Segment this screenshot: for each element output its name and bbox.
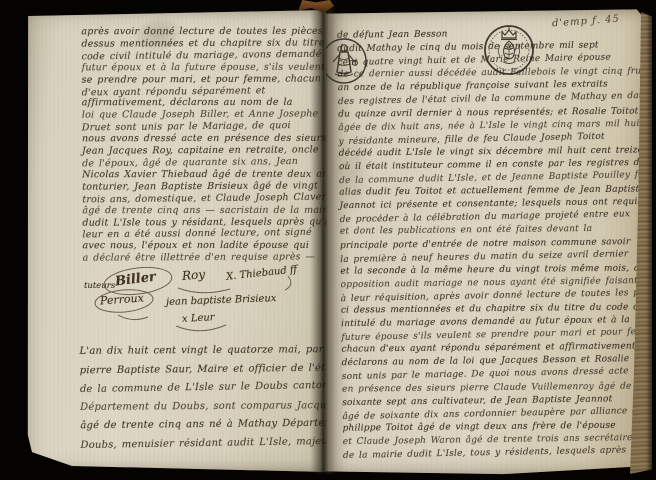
- manuscript-line: trois ans, domestique, et Claude Joseph …: [82, 191, 326, 206]
- signature-brisieux: jean baptiste Brisieux: [166, 293, 277, 308]
- manuscript-line: a déclaré être illettrée d'en requise ap…: [83, 252, 326, 265]
- signature-leur: x Leur: [182, 312, 215, 325]
- manuscript-line: âgé de trente cinq ans — sacristain de l…: [82, 204, 326, 216]
- signature-roy: Roy: [181, 267, 205, 283]
- manuscript-line: Nicolas Xavier Thiebaud âgé de trente de…: [82, 169, 326, 181]
- manuscript-line: L'an dix huit cent vingt le quatorze mai…: [79, 341, 326, 361]
- manuscript-line: nous avons dressé acte en présence des s…: [82, 133, 326, 145]
- left-page: après avoir donné lecture de toutes les …: [26, 10, 326, 472]
- archival-scan: après avoir donné lecture de toutes les …: [0, 0, 656, 480]
- crowned-seal-stamp-icon: [480, 18, 538, 80]
- manuscript-line: de la commune de L'Isle sur le Doubs can…: [80, 377, 326, 400]
- manuscript-line: après avoir donné lecture de toutes les …: [81, 26, 326, 38]
- signature-label: tuteurs: [84, 281, 115, 291]
- manuscript-line: Doubs, menuisier résidant audit L'Isle, …: [80, 432, 326, 455]
- right-paragraph: de défunt Jean Bessondudit Mathay le cin…: [337, 26, 648, 462]
- manuscript-line: affirmativement, déclarons au nom de la: [82, 97, 326, 109]
- manuscript-line: futur époux et à la future épouse, s'ils…: [82, 62, 326, 74]
- signature-thiebaud: X. Thiebaud ff: [226, 264, 298, 282]
- right-page: d'emp ƒ. 45 de défunt Jean Bessondudit M…: [326, 8, 648, 476]
- signature-perroux: Perroux: [100, 291, 145, 307]
- signature-biller: Biller: [114, 270, 156, 290]
- left-paragraph-1: après avoir donné lecture de toutes les …: [81, 25, 326, 264]
- manuscript-line: en présence des sieurs pierre Claude Vui…: [342, 380, 648, 396]
- left-paragraph-2: L'an dix huit cent vingt le quatorze mai…: [79, 341, 326, 455]
- book-gutter-shadow: [310, 6, 336, 474]
- manuscript-line: Département du Doubs, sont comparus Jacq…: [80, 397, 326, 417]
